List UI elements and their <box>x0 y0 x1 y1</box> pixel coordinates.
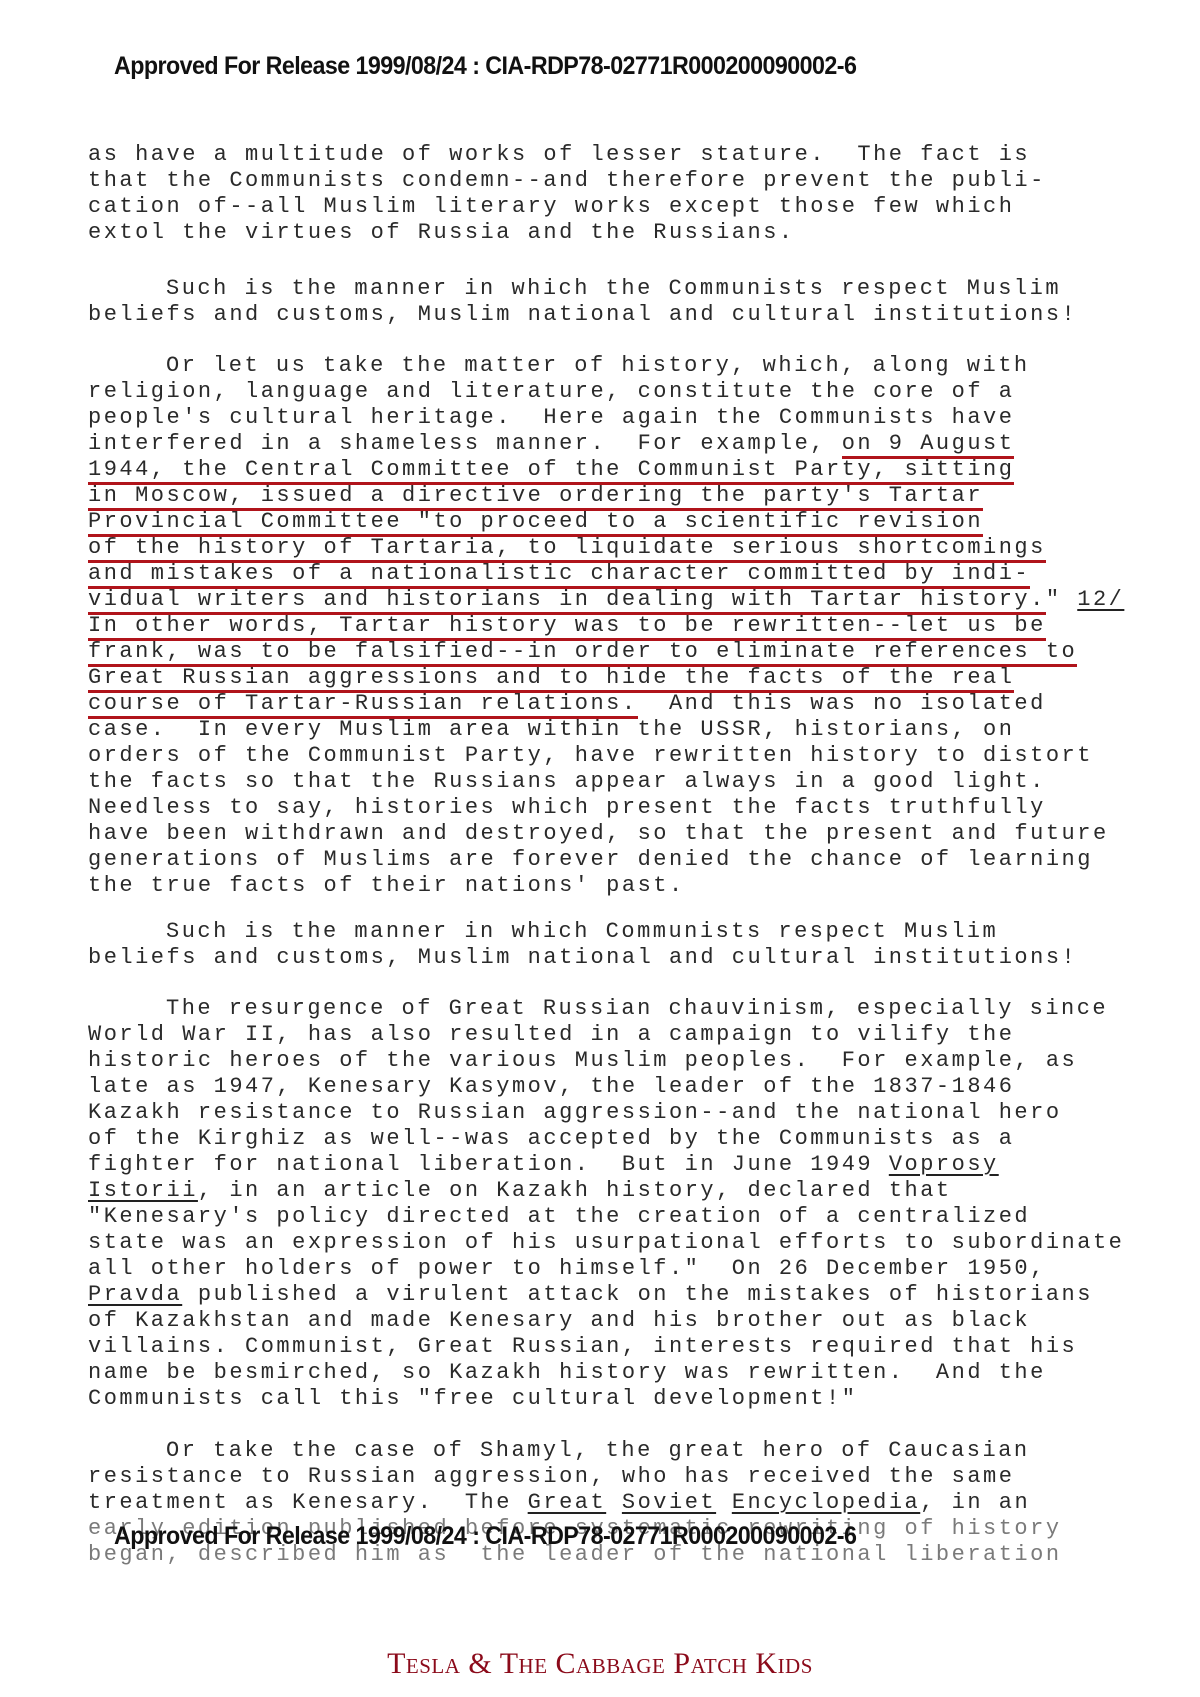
text-line: fighter for national liberation. But in … <box>88 1152 999 1178</box>
publication-title: Istorii <box>88 1178 198 1203</box>
highlighted-text: Great Russian aggressions and to hide th… <box>88 665 1014 693</box>
text-line: of the history of Tartaria, to liquidate… <box>88 535 1046 561</box>
text-span <box>606 1490 622 1515</box>
publication-title: Soviet <box>622 1490 716 1515</box>
highlighted-text: 1944, the Central Committee of the Commu… <box>88 457 1014 485</box>
text-line: the facts so that the Russians appear al… <box>88 769 1046 795</box>
text-line: Communists call this "free cultural deve… <box>88 1386 857 1412</box>
release-stamp-header: Approved For Release 1999/08/24 : CIA-RD… <box>114 52 856 81</box>
text-span: treatment as Kenesary. The <box>88 1490 528 1515</box>
highlighted-text: course of Tartar-Russian relations. <box>88 691 638 719</box>
text-line: 1944, the Central Committee of the Commu… <box>88 457 1014 483</box>
highlighted-text: frank, was to be falsified--in order to … <box>88 639 1077 667</box>
text-line: and mistakes of a nationalistic characte… <box>88 561 1030 587</box>
text-line: name be besmirched, so Kazakh history wa… <box>88 1360 1046 1386</box>
text-line: of the Kirghiz as well--was accepted by … <box>88 1126 1014 1152</box>
text-span: interfered in a shameless manner. For ex… <box>88 431 842 456</box>
text-line: of Kazakhstan and made Kenesary and his … <box>88 1308 1030 1334</box>
text-line: Such is the manner in which the Communis… <box>88 276 1061 302</box>
text-line: Needless to say, histories which present… <box>88 795 1046 821</box>
highlighted-text: on 9 August <box>842 431 1015 459</box>
publication-title: Encyclopedia <box>732 1490 920 1515</box>
release-stamp-footer: Approved For Release 1999/08/24 : CIA-RD… <box>114 1522 856 1551</box>
text-span: fighter for national liberation. But in … <box>88 1152 889 1177</box>
text-line: beliefs and customs, Muslim national and… <box>88 302 1077 328</box>
text-line: extol the virtues of Russia and the Russ… <box>88 220 795 246</box>
text-line: in Moscow, issued a directive ordering t… <box>88 483 983 509</box>
text-line: people's cultural heritage. Here again t… <box>88 405 1014 431</box>
text-span: , in an article on Kazakh history, decla… <box>198 1178 952 1203</box>
text-span: " <box>1046 587 1077 612</box>
highlighted-text: In other words, Tartar history was to be… <box>88 613 1046 641</box>
text-line: that the Communists condemn--and therefo… <box>88 168 1046 194</box>
text-line: beliefs and customs, Muslim national and… <box>88 945 1077 971</box>
text-line: orders of the Communist Party, have rewr… <box>88 743 1093 769</box>
text-line: villains. Communist, Great Russian, inte… <box>88 1334 1077 1360</box>
text-line: have been withdrawn and destroyed, so th… <box>88 821 1109 847</box>
text-line: Great Russian aggressions and to hide th… <box>88 665 1014 691</box>
text-span: , in an <box>920 1490 1030 1515</box>
text-line: frank, was to be falsified--in order to … <box>88 639 1077 665</box>
publication-title: Great <box>528 1490 607 1515</box>
text-line: "Kenesary's policy directed at the creat… <box>88 1204 1030 1230</box>
highlighted-text: and mistakes of a nationalistic characte… <box>88 561 1030 589</box>
text-line: case. In every Muslim area within the US… <box>88 717 1014 743</box>
text-line: state was an expression of his usurpatio… <box>88 1230 1124 1256</box>
text-line: treatment as Kenesary. The Great Soviet … <box>88 1490 1030 1516</box>
text-line: Pravda published a virulent attack on th… <box>88 1282 1093 1308</box>
text-line: The resurgence of Great Russian chauvini… <box>88 996 1108 1022</box>
text-line: late as 1947, Kenesary Kasymov, the lead… <box>88 1074 1014 1100</box>
text-line: In other words, Tartar history was to be… <box>88 613 1046 639</box>
text-line: all other holders of power to himself." … <box>88 1256 1046 1282</box>
text-line: Kazakh resistance to Russian aggression-… <box>88 1100 1062 1126</box>
highlighted-text: in Moscow, issued a directive ordering t… <box>88 483 983 511</box>
text-line: as have a multitude of works of lesser s… <box>88 142 1030 168</box>
text-span: published a virulent attack on the mista… <box>182 1282 1093 1307</box>
highlighted-text: of the history of Tartaria, to liquidate… <box>88 535 1046 563</box>
highlighted-text: vidual writers and historians in dealing… <box>88 587 1046 615</box>
footnote-ref[interactable]: 12/ <box>1077 587 1124 612</box>
text-line: Provincial Committee "to proceed to a sc… <box>88 509 983 535</box>
text-line: religion, language and literature, const… <box>88 379 1014 405</box>
text-line: cation of--all Muslim literary works exc… <box>88 194 1014 220</box>
text-span: And this was no isolated <box>638 691 1046 716</box>
text-line: Or let us take the matter of history, wh… <box>88 353 1030 379</box>
text-line: Or take the case of Shamyl, the great he… <box>88 1438 1030 1464</box>
text-line: historic heroes of the various Muslim pe… <box>88 1048 1077 1074</box>
text-line: generations of Muslims are forever denie… <box>88 847 1093 873</box>
publication-title: Pravda <box>88 1282 182 1307</box>
text-line: resistance to Russian aggression, who ha… <box>88 1464 1014 1490</box>
text-line: interfered in a shameless manner. For ex… <box>88 431 1014 457</box>
text-line: the true facts of their nations' past. <box>88 873 685 899</box>
text-line: course of Tartar-Russian relations. And … <box>88 691 1046 717</box>
publication-title: Voprosy <box>889 1152 999 1177</box>
text-line: vidual writers and historians in dealing… <box>88 587 1124 613</box>
text-line: World War II, has also resulted in a cam… <box>88 1022 1014 1048</box>
text-line: Istorii, in an article on Kazakh history… <box>88 1178 952 1204</box>
highlighted-text: Provincial Committee "to proceed to a sc… <box>88 509 983 537</box>
site-brand-footer: Tesla & The Cabbage Patch Kids <box>0 1647 1200 1681</box>
text-line: Such is the manner in which Communists r… <box>88 919 998 945</box>
text-span <box>716 1490 732 1515</box>
